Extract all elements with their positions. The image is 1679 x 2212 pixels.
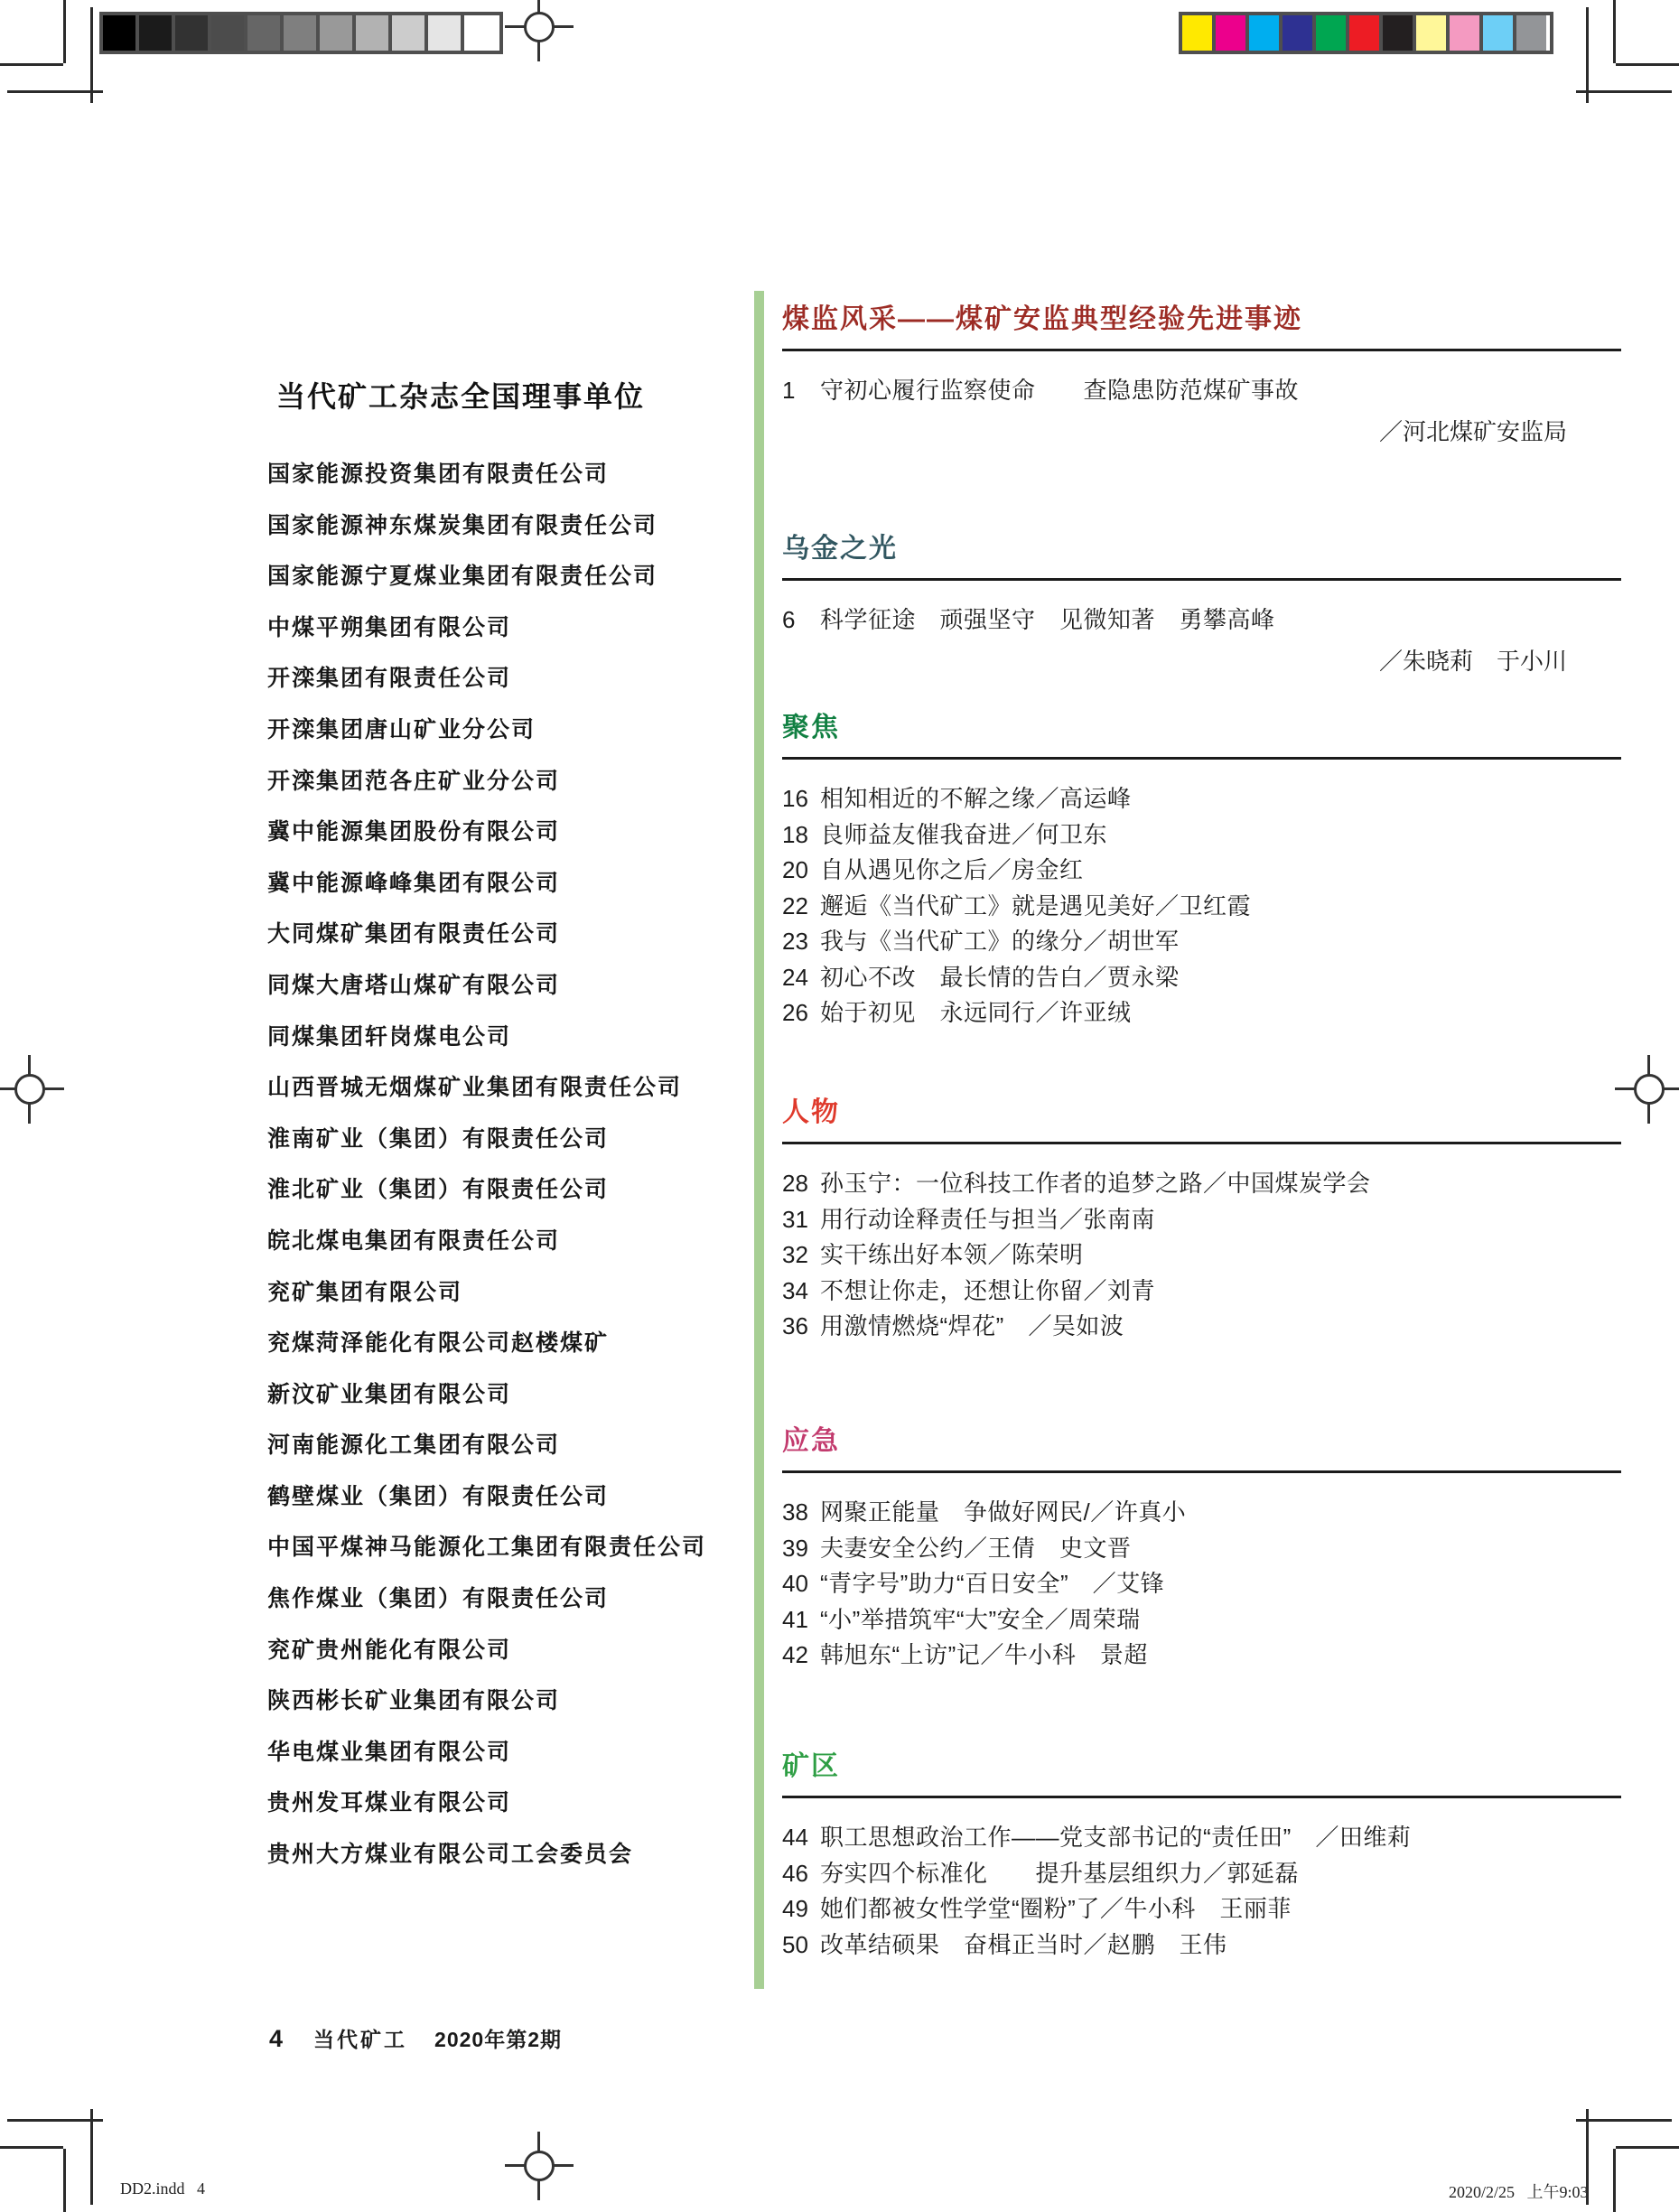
toc-entry-page-number: 49 — [782, 1891, 820, 1927]
toc-entry-page-number: 18 — [782, 817, 820, 854]
toc-section: 应急38网聚正能量 争做好网民/／许真小39夫妻安全公约／王倩 史文晋40“青字… — [782, 1425, 1621, 1674]
calibration-swatch — [244, 15, 280, 51]
toc-entry-title: 实干练出好本领／陈荣明 — [820, 1237, 1084, 1274]
color-calibration-bar — [1179, 12, 1553, 54]
toc-entry-title: 孙玉宁：一位科技工作者的追梦之路／中国煤炭学会 — [820, 1166, 1371, 1202]
council-member-item: 淮南矿业（集团）有限责任公司 — [267, 1114, 755, 1165]
toc-entry: 32实干练出好本领／陈荣明 — [782, 1237, 1621, 1274]
toc-entry-page-number: 22 — [782, 889, 820, 925]
toc-section-heading: 聚焦 — [782, 712, 1621, 744]
toc-entry: 40“青字号”助力“百日安全” ／艾锋 — [782, 1566, 1621, 1602]
toc-entry: 6科学征途 顽强坚守 见微知著 勇攀高峰 — [782, 602, 1621, 639]
council-member-item: 兖矿集团有限公司 — [267, 1267, 755, 1319]
toc-entry-page-number: 38 — [782, 1495, 820, 1531]
toc-entry: 34不想让你走，还想让你留／刘青 — [782, 1274, 1621, 1310]
calibration-swatch — [352, 15, 388, 51]
council-member-item: 淮北矿业（集团）有限责任公司 — [267, 1164, 755, 1216]
council-member-item: 河南能源化工集团有限公司 — [267, 1420, 755, 1471]
toc-section: 乌金之光6科学征途 顽强坚守 见微知著 勇攀高峰／朱晓莉 于小川 — [782, 533, 1621, 679]
crop-mark — [1576, 90, 1672, 93]
toc-entry-page-number: 50 — [782, 1927, 820, 1964]
council-member-item: 冀中能源集团股份有限公司 — [267, 807, 755, 858]
crop-mark — [90, 7, 93, 103]
toc-entry-page-number: 44 — [782, 1820, 820, 1856]
calibration-swatch — [1379, 15, 1413, 51]
council-member-item: 中煤平朔集团有限公司 — [267, 602, 755, 654]
toc-entry-title: 改革结硕果 奋楫正当时／赵鹏 王伟 — [820, 1927, 1227, 1964]
registration-mark-circle — [1634, 1074, 1665, 1105]
slug-timestamp: 2020/2/25 上午9:03 — [1449, 2179, 1589, 2203]
toc-section: 矿区44职工思想政治工作——党支部书记的“责任田” ／田维莉46夯实四个标准化 … — [782, 1750, 1621, 1963]
toc-entry-title: 邂逅《当代矿工》就是遇见美好／卫红霞 — [820, 889, 1251, 925]
calibration-swatch — [135, 15, 172, 51]
calibration-swatch — [316, 15, 352, 51]
crop-mark — [1586, 2109, 1589, 2205]
toc-entry-page-number: 34 — [782, 1274, 820, 1310]
toc-entry-page-number: 16 — [782, 781, 820, 817]
council-member-item: 国家能源宁夏煤业集团有限责任公司 — [267, 551, 755, 602]
toc-entry: 39夫妻安全公约／王倩 史文晋 — [782, 1531, 1621, 1567]
council-member-list: 国家能源投资集团有限责任公司国家能源神东煤炭集团有限责任公司国家能源宁夏煤业集团… — [267, 449, 755, 1881]
toc-entry-title: 良师益友催我奋进／何卫东 — [820, 817, 1107, 854]
toc-entry-page-number: 1 — [782, 373, 820, 409]
toc-entry-title: “青字号”助力“百日安全” ／艾锋 — [820, 1566, 1164, 1602]
toc-entry-title: 我与《当代矿工》的缘分／胡世军 — [820, 924, 1180, 960]
magazine-toc-page: 当代矿工杂志全国理事单位 国家能源投资集团有限责任公司国家能源神东煤炭集团有限责… — [0, 0, 1679, 2212]
toc-entry: 36用激情燃烧“焊花” ／吴如波 — [782, 1309, 1621, 1345]
toc-entry: 46夯实四个标准化 提升基层组织力／郭延磊 — [782, 1856, 1621, 1892]
crop-mark — [1616, 2146, 1679, 2149]
toc-entry-title: 夯实四个标准化 提升基层组织力／郭延磊 — [820, 1856, 1299, 1892]
registration-mark-circle — [524, 12, 555, 42]
toc-entry: 44职工思想政治工作——党支部书记的“责任田” ／田维莉 — [782, 1820, 1621, 1856]
council-member-item: 兖煤菏泽能化有限公司赵楼煤矿 — [267, 1318, 755, 1369]
toc-entry-title: 守初心履行监察使命 查隐患防范煤矿事故 — [820, 373, 1299, 409]
toc-entry-page-number: 39 — [782, 1531, 820, 1567]
crop-mark — [1576, 2119, 1672, 2122]
council-title: 当代矿工杂志全国理事单位 — [212, 374, 709, 415]
council-member-item: 开滦集团有限责任公司 — [267, 653, 755, 705]
registration-mark — [505, 2132, 574, 2200]
calibration-swatch — [280, 15, 316, 51]
footer-issue: 2020年第2期 — [434, 2023, 562, 2053]
council-member-item: 中国平煤神马能源化工集团有限责任公司 — [267, 1522, 755, 1573]
toc-entry-title: 网聚正能量 争做好网民/／许真小 — [820, 1495, 1186, 1531]
toc-entry: 50改革结硕果 奋楫正当时／赵鹏 王伟 — [782, 1927, 1621, 1964]
toc-section-rule — [782, 1796, 1621, 1798]
council-member-item: 山西晋城无烟煤矿业集团有限责任公司 — [267, 1062, 755, 1114]
toc-entries: 16相知相近的不解之缘／高运峰18良师益友催我奋进／何卫东20自从遇见你之后／房… — [782, 781, 1621, 1031]
toc-entry-page-number: 26 — [782, 995, 820, 1031]
council-member-item: 开滦集团唐山矿业分公司 — [267, 705, 755, 756]
toc-entry-title: 不想让你走，还想让你留／刘青 — [820, 1274, 1155, 1310]
calibration-swatch — [1479, 15, 1513, 51]
crop-mark — [7, 90, 103, 93]
registration-mark — [505, 0, 574, 61]
registration-mark-circle — [14, 1074, 45, 1105]
calibration-swatch — [1513, 15, 1546, 51]
registration-mark — [1615, 1055, 1679, 1124]
council-member-item: 开滦集团范各庄矿业分公司 — [267, 756, 755, 807]
calibration-swatch — [1312, 15, 1346, 51]
council-member-item: 鹤壁煤业（集团）有限责任公司 — [267, 1471, 755, 1523]
toc-entry: 26始于初见 永远同行／许亚绒 — [782, 995, 1621, 1031]
toc-section-heading: 乌金之光 — [782, 533, 1621, 565]
council-member-item: 兖矿贵州能化有限公司 — [267, 1625, 755, 1676]
crop-mark — [1616, 63, 1679, 66]
toc-section: 人物28孙玉宁：一位科技工作者的追梦之路／中国煤炭学会31用行动诠释责任与担当／… — [782, 1097, 1621, 1345]
council-member-item: 陕西彬长矿业集团有限公司 — [267, 1675, 755, 1727]
council-member-item: 新汶矿业集团有限公司 — [267, 1369, 755, 1421]
crop-mark — [0, 2146, 63, 2149]
toc-entry-title: 韩旭东“上访”记／牛小科 景超 — [820, 1638, 1148, 1674]
toc-entry-page-number: 24 — [782, 960, 820, 996]
council-member-item: 贵州发耳煤业有限公司 — [267, 1778, 755, 1829]
toc-entry-title: 自从遇见你之后／房金红 — [820, 853, 1084, 889]
calibration-swatch — [1245, 15, 1279, 51]
toc-section-rule — [782, 1470, 1621, 1473]
slug-filename: DD2.indd 4 — [120, 2179, 205, 2198]
toc-entry: 20自从遇见你之后／房金红 — [782, 853, 1621, 889]
toc-entry-title: 相知相近的不解之缘／高运峰 — [820, 781, 1132, 817]
toc-section-heading: 煤监风采——煤矿安监典型经验先进事迹 — [782, 303, 1621, 336]
calibration-swatch — [1279, 15, 1312, 51]
calibration-swatch — [424, 15, 461, 51]
toc-entries: 38网聚正能量 争做好网民/／许真小39夫妻安全公约／王倩 史文晋40“青字号”… — [782, 1495, 1621, 1674]
column-divider-bar — [754, 291, 764, 1989]
toc-entry-title: 用激情燃烧“焊花” ／吴如波 — [820, 1309, 1124, 1345]
toc-entry-page-number: 31 — [782, 1202, 820, 1238]
toc-section-heading: 人物 — [782, 1097, 1621, 1129]
crop-mark — [63, 0, 66, 63]
toc-entry-page-number: 28 — [782, 1166, 820, 1202]
toc-entry-page-number: 6 — [782, 602, 820, 639]
toc-entry-author: ／朱晓莉 于小川 — [782, 644, 1621, 680]
calibration-swatch — [461, 15, 497, 51]
registration-mark — [0, 1055, 64, 1124]
toc-entry-page-number: 42 — [782, 1638, 820, 1674]
toc-entries: 6科学征途 顽强坚守 见微知著 勇攀高峰 — [782, 602, 1621, 639]
calibration-swatch — [388, 15, 424, 51]
toc-entry-title: 始于初见 永远同行／许亚绒 — [820, 995, 1132, 1031]
calibration-swatch — [1446, 15, 1479, 51]
calibration-swatch — [1212, 15, 1245, 51]
toc-entry-page-number: 36 — [782, 1309, 820, 1345]
calibration-swatch — [103, 15, 135, 51]
crop-mark — [0, 63, 63, 66]
toc-section-rule — [782, 578, 1621, 581]
council-member-item: 焦作煤业（集团）有限责任公司 — [267, 1573, 755, 1625]
toc-section-rule — [782, 1142, 1621, 1144]
toc-entry-author: ／河北煤矿安监局 — [782, 415, 1621, 451]
toc-entry-title: 她们都被女性学堂“圈粉”了／牛小科 王丽菲 — [820, 1891, 1292, 1927]
toc-entry: 28孙玉宁：一位科技工作者的追梦之路／中国煤炭学会 — [782, 1166, 1621, 1202]
toc-entry-page-number: 41 — [782, 1602, 820, 1638]
calibration-swatch — [1413, 15, 1446, 51]
footer-page-number: 4 — [269, 2025, 283, 2053]
toc-entry: 16相知相近的不解之缘／高运峰 — [782, 781, 1621, 817]
crop-mark — [90, 2109, 93, 2205]
crop-mark — [63, 2149, 66, 2212]
toc-entry: 41“小”举措筑牢“大”安全／周荣瑞 — [782, 1602, 1621, 1638]
toc-section-rule — [782, 757, 1621, 760]
toc-section: 聚焦16相知相近的不解之缘／高运峰18良师益友催我奋进／何卫东20自从遇见你之后… — [782, 712, 1621, 1031]
toc-entry-title: 职工思想政治工作——党支部书记的“责任田” ／田维莉 — [820, 1820, 1411, 1856]
crop-mark — [1613, 0, 1616, 63]
calibration-swatch — [1346, 15, 1379, 51]
council-member-item: 大同煤矿集团有限责任公司 — [267, 909, 755, 960]
toc-entry-title: 科学征途 顽强坚守 见微知著 勇攀高峰 — [820, 602, 1275, 639]
toc-entry: 24初心不改 最长情的告白／贾永梁 — [782, 960, 1621, 996]
toc-entry-title: “小”举措筑牢“大”安全／周荣瑞 — [820, 1602, 1141, 1638]
toc-section-heading: 应急 — [782, 1425, 1621, 1458]
council-member-item: 华电煤业集团有限公司 — [267, 1727, 755, 1778]
crop-mark — [1586, 7, 1589, 103]
toc-entries: 28孙玉宁：一位科技工作者的追梦之路／中国煤炭学会31用行动诠释责任与担当／张南… — [782, 1166, 1621, 1345]
toc-entry-title: 用行动诠释责任与担当／张南南 — [820, 1202, 1155, 1238]
grayscale-calibration-bar — [99, 12, 503, 54]
toc-entry-page-number: 40 — [782, 1566, 820, 1602]
toc-entries: 44职工思想政治工作——党支部书记的“责任田” ／田维莉46夯实四个标准化 提升… — [782, 1820, 1621, 1963]
calibration-swatch — [1182, 15, 1212, 51]
council-member-item: 同煤大唐塔山煤矿有限公司 — [267, 960, 755, 1012]
council-member-item: 国家能源投资集团有限责任公司 — [267, 449, 755, 500]
toc-entries: 1守初心履行监察使命 查隐患防范煤矿事故 — [782, 373, 1621, 409]
toc-entry: 23我与《当代矿工》的缘分／胡世军 — [782, 924, 1621, 960]
council-member-item: 同煤集团轩岗煤电公司 — [267, 1012, 755, 1063]
council-member-item: 国家能源神东煤炭集团有限责任公司 — [267, 500, 755, 552]
toc-entry-page-number: 32 — [782, 1237, 820, 1274]
toc-entry-page-number: 20 — [782, 853, 820, 889]
council-member-item: 冀中能源峰峰集团有限公司 — [267, 858, 755, 910]
toc-entry-title: 夫妻安全公约／王倩 史文晋 — [820, 1531, 1132, 1567]
toc-entry: 38网聚正能量 争做好网民/／许真小 — [782, 1495, 1621, 1531]
toc-entry: 42韩旭东“上访”记／牛小科 景超 — [782, 1638, 1621, 1674]
toc-entry: 49她们都被女性学堂“圈粉”了／牛小科 王丽菲 — [782, 1891, 1621, 1927]
crop-mark — [1613, 2149, 1616, 2212]
toc-entry-title: 初心不改 最长情的告白／贾永梁 — [820, 960, 1180, 996]
calibration-swatch — [172, 15, 208, 51]
page-footer: 4 当代矿工 2020年第2期 — [269, 2023, 562, 2053]
toc-entry: 22邂逅《当代矿工》就是遇见美好／卫红霞 — [782, 889, 1621, 925]
toc-section-rule — [782, 349, 1621, 351]
council-member-item: 皖北煤电集团有限责任公司 — [267, 1216, 755, 1267]
council-member-item: 贵州大方煤业有限公司工会委员会 — [267, 1829, 755, 1881]
toc-entry: 31用行动诠释责任与担当／张南南 — [782, 1202, 1621, 1238]
footer-journal-name: 当代矿工 — [313, 2023, 407, 2053]
calibration-swatch — [208, 15, 244, 51]
toc-entry: 18良师益友催我奋进／何卫东 — [782, 817, 1621, 854]
toc-entry: 1守初心履行监察使命 查隐患防范煤矿事故 — [782, 373, 1621, 409]
registration-mark-circle — [524, 2151, 555, 2181]
toc-entry-page-number: 23 — [782, 924, 820, 960]
toc-section-heading: 矿区 — [782, 1750, 1621, 1783]
crop-mark — [7, 2119, 103, 2122]
toc-entry-page-number: 46 — [782, 1856, 820, 1892]
toc-section: 煤监风采——煤矿安监典型经验先进事迹1守初心履行监察使命 查隐患防范煤矿事故／河… — [782, 303, 1621, 450]
